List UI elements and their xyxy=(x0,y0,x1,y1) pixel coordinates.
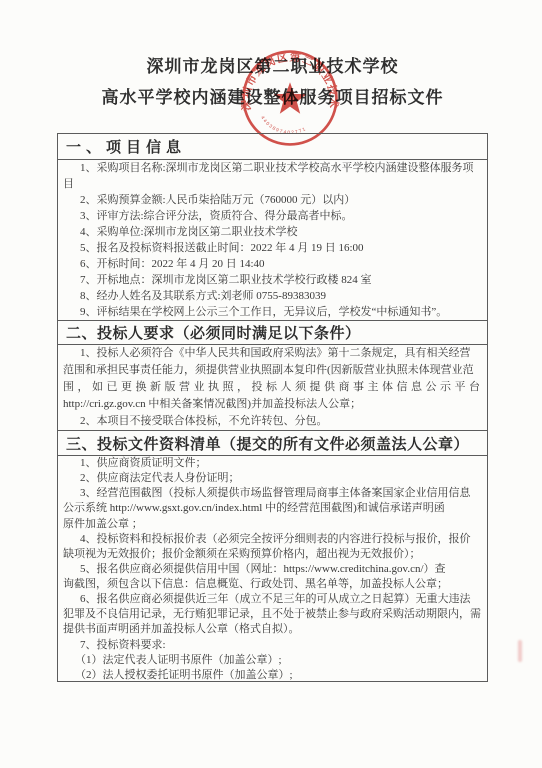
content-line: 1、采购项目名称:深圳市龙岗区第二职业技术学校高水平学校内涵建设整体服务项 xyxy=(63,160,482,176)
content-line: 缺项视为无效报价；报价金额须在采购预算价格内，超出视为无效报价）； xyxy=(63,547,482,562)
content-line: 围，如已更换新版营业执照，投标人须提供商事主体信息公示平台 xyxy=(63,379,482,396)
section-body-3: 1、供应商资质证明文件；2、供应商法定代表人身份证明；3、经营范围截图（投标人须… xyxy=(58,456,487,683)
content-line: 9、评标结果在学校网上公示三个工作日，无异议后，学校发“中标通知书”。 xyxy=(63,304,482,320)
content-line: 范围和承担民事责任能力，须提供营业执照副本复印件(因新版营业执照未体现营业范 xyxy=(63,362,482,379)
content-line: 公示系统 http://www.gsxt.gov.cn/index.html 中… xyxy=(63,501,482,516)
content-line: 6、报名供应商必须提供近三年（成立不足三年的可从成立之日起算）无重大违法 xyxy=(63,592,482,607)
content-line: 5、报名及投标资料报送截止时间：2022 年 4 月 19 日 16:00 xyxy=(63,240,482,256)
doc-table: 一、项目信息1、采购项目名称:深圳市龙岗区第二职业技术学校高水平学校内涵建设整体… xyxy=(57,133,488,682)
seal-serial-number: 4403897402771 xyxy=(260,115,307,135)
content-line: 3、评审方法:综合评分法，资质符合、得分最高者中标。 xyxy=(63,208,482,224)
content-line: 4、采购单位:深圳市龙岗区第二职业技术学校 xyxy=(63,224,482,240)
content-line: 7、开标地点：深圳市龙岗区第二职业技术学校行政楼 824 室 xyxy=(63,272,482,288)
section-body-1: 1、采购项目名称:深圳市龙岗区第二职业技术学校高水平学校内涵建设整体服务项目2、… xyxy=(58,160,487,320)
content-line: 犯罪及不良信用记录，无行贿犯罪记录，且不处于被禁止参与政府采购活动期限内，需 xyxy=(63,607,482,622)
content-line: 询截图，须包含以下信息：信息概览、行政处罚、黑名单等，加盖投标人公章； xyxy=(63,577,482,592)
content-line: （2）法人授权委托证明书原件（加盖公章）; xyxy=(63,668,482,683)
content-line: 1、供应商资质证明文件； xyxy=(63,456,482,471)
document-title-line1: 深圳市龙岗区第二职业技术学校 xyxy=(57,56,488,78)
document-title: 深圳市龙岗区第二职业技术学校 高水平学校内涵建设整体服务项目招标文件 xyxy=(57,56,488,109)
content-line: 1、投标人必须符合《中华人民共和国政府采购法》第十二条规定，具有相关经营 xyxy=(63,345,482,362)
content-line: （1）法定代表人证明书原件（加盖公章）; xyxy=(63,653,482,668)
content-line: 4、投标资料和投标报价表（必须完全按评分细则表的内容进行投标与报价，报价 xyxy=(63,532,482,547)
section-body-2: 1、投标人必须符合《中华人民共和国政府采购法》第十二条规定，具有相关经营范围和承… xyxy=(58,345,487,430)
content-line: 2、供应商法定代表人身份证明； xyxy=(63,471,482,486)
content-line: 5、报名供应商必须提供信用中国（网址：https://www.creditchi… xyxy=(63,562,482,577)
content-line: http://cri.gz.gov.cn 中相关备案情况截图)并加盖投标法人公章… xyxy=(63,396,482,413)
document-title-line2: 高水平学校内涵建设整体服务项目招标文件 xyxy=(57,87,488,109)
section-header-1: 一、项目信息 xyxy=(58,134,487,160)
section-header-3: 三、投标文件资料清单（提交的所有文件必须盖法人公章） xyxy=(58,430,487,456)
content-line: 6、开标时间：2022 年 4 月 20 日 14:40 xyxy=(63,256,482,272)
content-line: 原件加盖公章 ； xyxy=(63,517,482,532)
scanned-tender-document-page: 深圳市龙岗区第二职业技术学校 高水平学校内涵建设整体服务项目招标文件 深圳市龙岗… xyxy=(0,0,542,768)
content-line: 8、经办人姓名及其联系方式:刘老师 0755-89383039 xyxy=(63,288,482,304)
scan-artifact xyxy=(518,640,522,662)
content-line: 7、投标资料要求: xyxy=(63,638,482,653)
content-line: 提供书面声明函并加盖投标人公章（格式自拟）。 xyxy=(63,622,482,637)
section-header-2: 二、投标人要求（必须同时满足以下条件） xyxy=(58,320,487,345)
content-line: 2、采购预算金额:人民币柒拾陆万元（760000 元）以内） xyxy=(63,192,482,208)
content-line: 2、本项目不接受联合体投标，不允许转包、分包。 xyxy=(63,413,482,430)
content-line: 3、经营范围截图（投标人须提供市场监督管理局商事主体备案国家企业信用信息 xyxy=(63,486,482,501)
content-line: 目 xyxy=(63,176,482,192)
